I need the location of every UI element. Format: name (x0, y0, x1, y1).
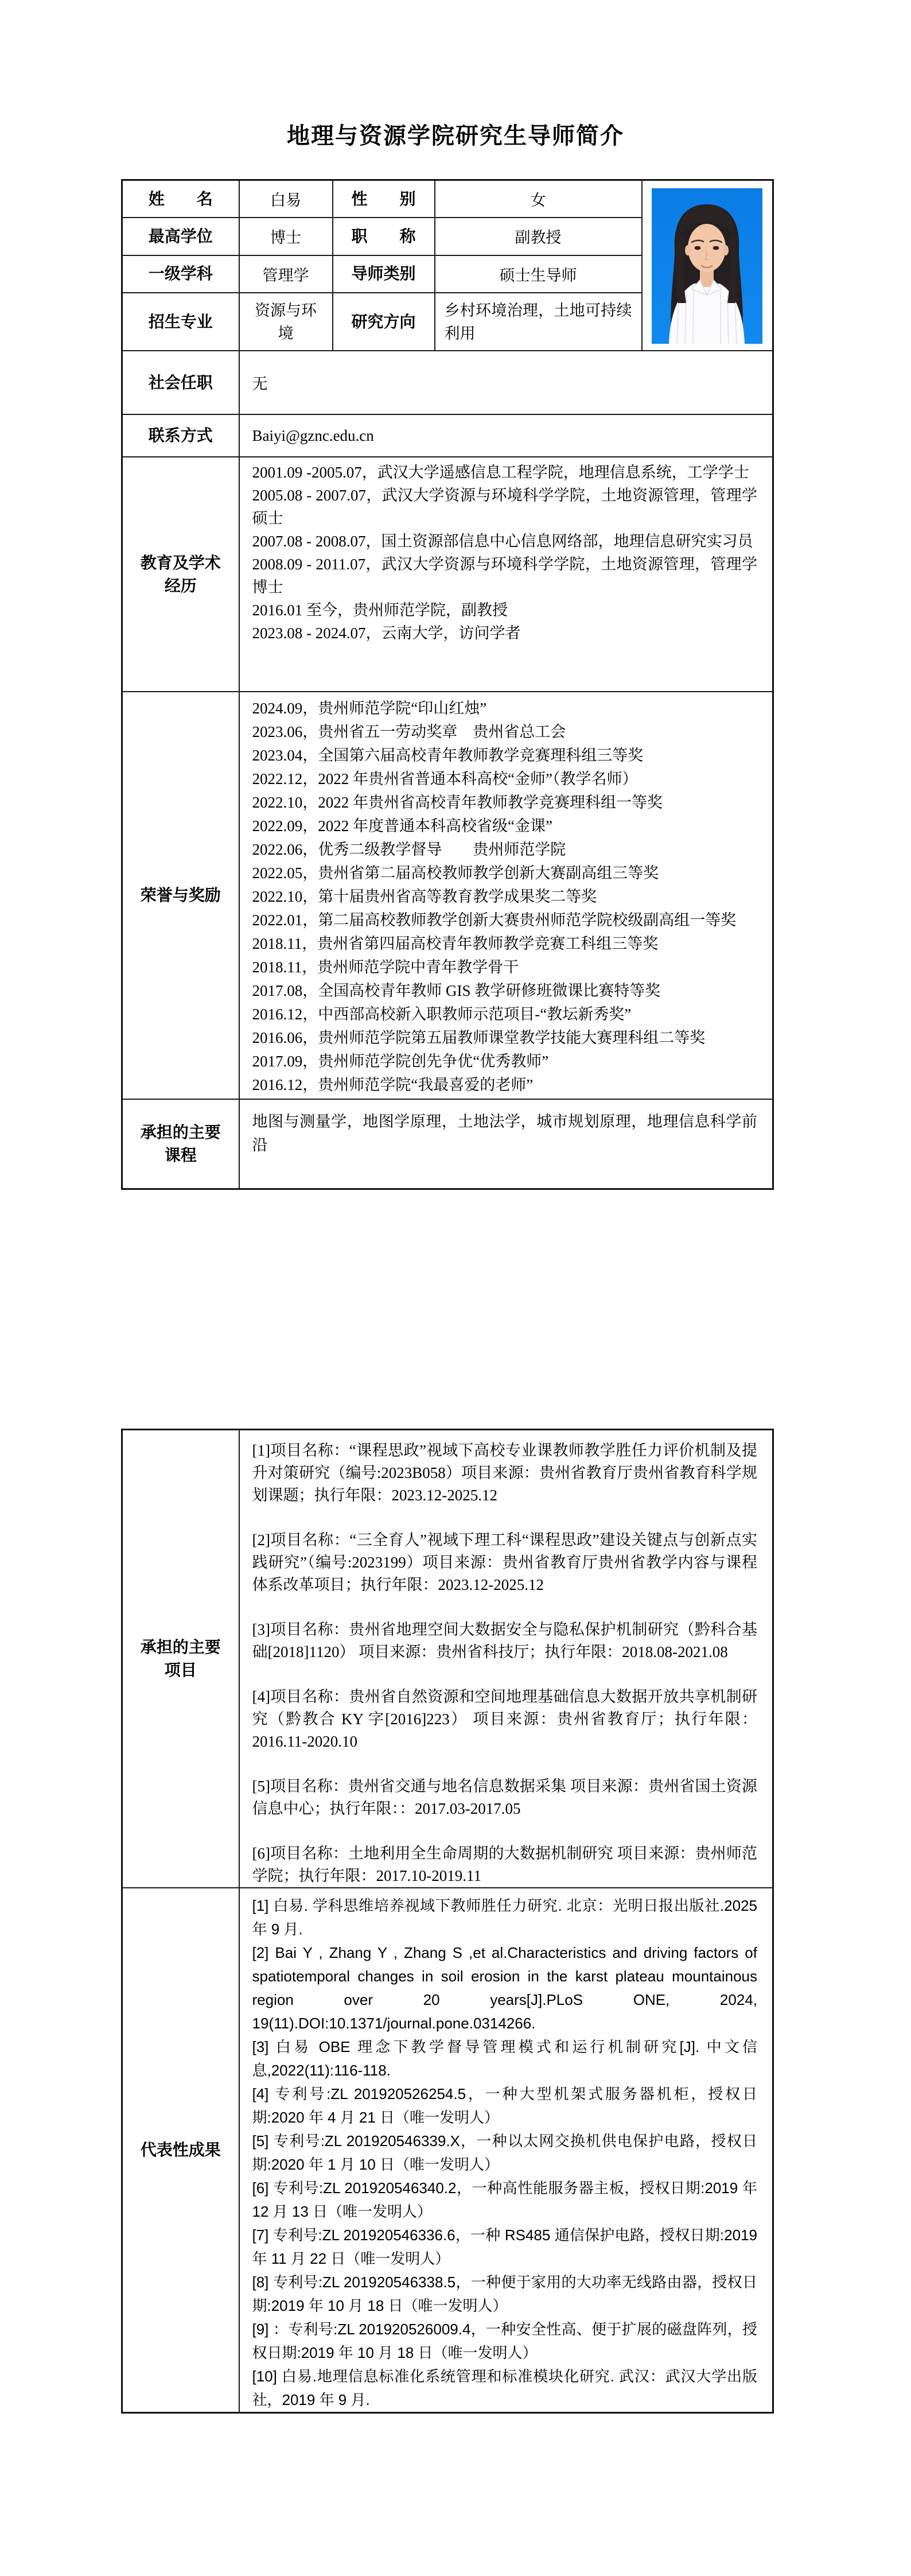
education-list: 2001.09 -2005.07，武汉大学遥感信息工程学院，地理信息系统，工学学… (239, 457, 773, 692)
profile-table: 姓 名 白易 性 别 女 (121, 179, 774, 1190)
honor-item: 2016.12，中西部高校新入职教师示范项目-“教坛新秀奖” (252, 1003, 758, 1026)
title-value: 副教授 (435, 218, 642, 255)
honor-item: 2017.09，贵州师范学院创先争优“优秀教师” (252, 1050, 758, 1073)
education-item: 2023.08 - 2024.07，云南大学，访问学者 (252, 622, 758, 645)
project-item: [1]项目名称：“课程思政”视域下高校专业课教师教学胜任力评价机制及提升对策研究… (252, 1440, 758, 1507)
advisor-type-label: 导师类别 (333, 255, 435, 293)
title-label: 职 称 (333, 218, 435, 255)
honor-item: 2022.09，2022 年度普通本科高校省级“金课” (252, 814, 758, 838)
education-item: 2007.08 - 2008.07，国土资源部信息中心信息网络部，地理信息研究实… (252, 530, 758, 553)
project-item: [6]项目名称：土地利用全生命周期的大数据机制研究 项目来源：贵州师范学院；执行… (252, 1842, 758, 1887)
honor-item: 2024.09，贵州师范学院“印山红烛” (252, 697, 758, 720)
honor-item: 2016.12，贵州师范学院“我最喜爱的老师” (252, 1073, 758, 1097)
photo-cell (642, 180, 773, 351)
honors-label: 荣誉与奖励 (122, 692, 239, 1099)
contact-label: 联系方式 (122, 414, 239, 457)
gender-label: 性 别 (333, 180, 435, 218)
achievements-list: [1] 白易. 学科思维培养视域下教师胜任力研究. 北京：光明日报出版社.202… (239, 1888, 773, 2413)
honors-list: 2024.09，贵州师范学院“印山红烛”2023.06，贵州省五一劳动奖章 贵州… (239, 692, 773, 1099)
degree-value: 博士 (239, 218, 333, 255)
honor-item: 2022.10，第十届贵州省高等教育教学成果奖二等奖 (252, 885, 758, 909)
honor-item: 2022.01，第二届高校教师教学创新大赛贵州师范学院校级副高组一等奖 (252, 909, 758, 932)
name-value: 白易 (239, 180, 333, 218)
achievement-item: [3] 白易 OBE 理念下教学督导管理模式和运行机制研究[J]. 中文信息,2… (252, 2035, 758, 2082)
advisor-type-value: 硕士生导师 (435, 255, 642, 293)
research-label: 研究方向 (333, 293, 435, 351)
courses-label: 承担的主要课程 (122, 1099, 239, 1189)
achievement-item: [10] 白易.地理信息标准化系统管理和标准模块化研究. 武汉：武汉大学出版社，… (252, 2365, 758, 2412)
honor-item: 2018.11，贵州省第四届高校青年教师教学竞赛工科组三等奖 (252, 932, 758, 956)
honor-item: 2022.05，贵州省第二届高校教师教学创新大赛副高组三等奖 (252, 862, 758, 885)
honor-item: 2022.10，2022 年贵州省高校青年教师教学竞赛理科组一等奖 (252, 791, 758, 814)
project-item: [2]项目名称：“三全育人”视域下理工科“课程思政”建设关键点与创新点实践研究”… (252, 1529, 758, 1596)
honor-item: 2017.08，全国高校青年教师 GIS 教学研修班微课比赛特等奖 (252, 979, 758, 1003)
courses-text: 地图与测量学，地图学原理，土地法学，城市规划原理，地理信息科学前沿 (239, 1099, 773, 1189)
honor-item: 2022.12，2022 年贵州省普通本科高校“金师”（教学名师） (252, 767, 758, 791)
project-item: [3]项目名称：贵州省地理空间大数据安全与隐私保护机制研究（黔科合基础[2018… (252, 1619, 758, 1663)
achievement-item: [9] ：专利号:ZL 201920526009.4，一种安全性高、便于扩展的磁… (252, 2318, 758, 2365)
education-label: 教育及学术经历 (122, 457, 239, 692)
education-item: 2001.09 -2005.07，武汉大学遥感信息工程学院，地理信息系统，工学学… (252, 461, 758, 484)
achievement-item: [2] Bai Y , Zhang Y , Zhang S ,et al.Cha… (252, 1941, 758, 2035)
education-item: 2008.09 - 2011.07，武汉大学资源与环境科学学院，土地资源管理，管… (252, 553, 758, 599)
achievement-item: [5] 专利号:ZL 201920546339.X，一种以太网交换机供电保护电路… (252, 2129, 758, 2177)
honor-item: 2016.06，贵州师范学院第五届教师课堂教学技能大赛理科组二等奖 (252, 1026, 758, 1050)
portrait-photo (652, 188, 762, 344)
achievement-item: [6] 专利号:ZL 201920546340.2，一种高性能服务器主板，授权日… (252, 2177, 758, 2224)
gender-value: 女 (435, 180, 642, 218)
honor-item: 2022.06，优秀二级教学督导 贵州师范学院 (252, 838, 758, 862)
projects-table: 承担的主要项目 [1]项目名称：“课程思政”视域下高校专业课教师教学胜任力评价机… (121, 1429, 774, 2414)
projects-label: 承担的主要项目 (122, 1429, 239, 1888)
page-title: 地理与资源学院研究生导师简介 (0, 0, 911, 150)
research-value: 乡村环境治理，土地可持续利用 (435, 293, 642, 351)
education-item: 2005.08 - 2007.07，武汉大学资源与环境科学学院，土地资源管理，管… (252, 484, 758, 530)
major-value: 资源与环境 (239, 293, 333, 351)
achievement-item: [8] 专利号:ZL 201920546338.5，一种便于家用的大功率无线路由… (252, 2271, 758, 2318)
honor-item: 2023.06，贵州省五一劳动奖章 贵州省总工会 (252, 720, 758, 744)
achievement-item: [7] 专利号:ZL 201920546336.6，一种 RS485 通信保护电… (252, 2224, 758, 2271)
achievement-item: [1] 白易. 学科思维培养视域下教师胜任力研究. 北京：光明日报出版社.202… (252, 1894, 758, 1941)
project-item: [5]项目名称：贵州省交通与地名信息数据采集 项目来源：贵州省国土资源信息中心；… (252, 1775, 758, 1820)
honor-item: 2023.04，全国第六届高校青年教师教学竞赛理科组三等奖 (252, 744, 758, 767)
name-label: 姓 名 (122, 180, 239, 218)
discipline-value: 管理学 (239, 255, 333, 293)
project-item: [4]项目名称：贵州省自然资源和空间地理基础信息大数据开放共享机制研究（黔教合 … (252, 1686, 758, 1753)
social-value: 无 (239, 351, 773, 414)
degree-label: 最高学位 (122, 218, 239, 255)
achievements-label: 代表性成果 (122, 1888, 239, 2413)
discipline-label: 一级学科 (122, 255, 239, 293)
achievement-item: [4] 专利号:ZL 201920526254.5，一种大型机架式服务器机柜，授… (252, 2082, 758, 2129)
education-item: 2016.01 至今，贵州师范学院，副教授 (252, 599, 758, 622)
contact-value: Baiyi@gznc.edu.cn (239, 414, 773, 457)
honor-item: 2018.11，贵州师范学院中青年教学骨干 (252, 956, 758, 979)
major-label: 招生专业 (122, 293, 239, 351)
social-label: 社会任职 (122, 351, 239, 414)
projects-list: [1]项目名称：“课程思政”视域下高校专业课教师教学胜任力评价机制及提升对策研究… (239, 1429, 773, 1888)
